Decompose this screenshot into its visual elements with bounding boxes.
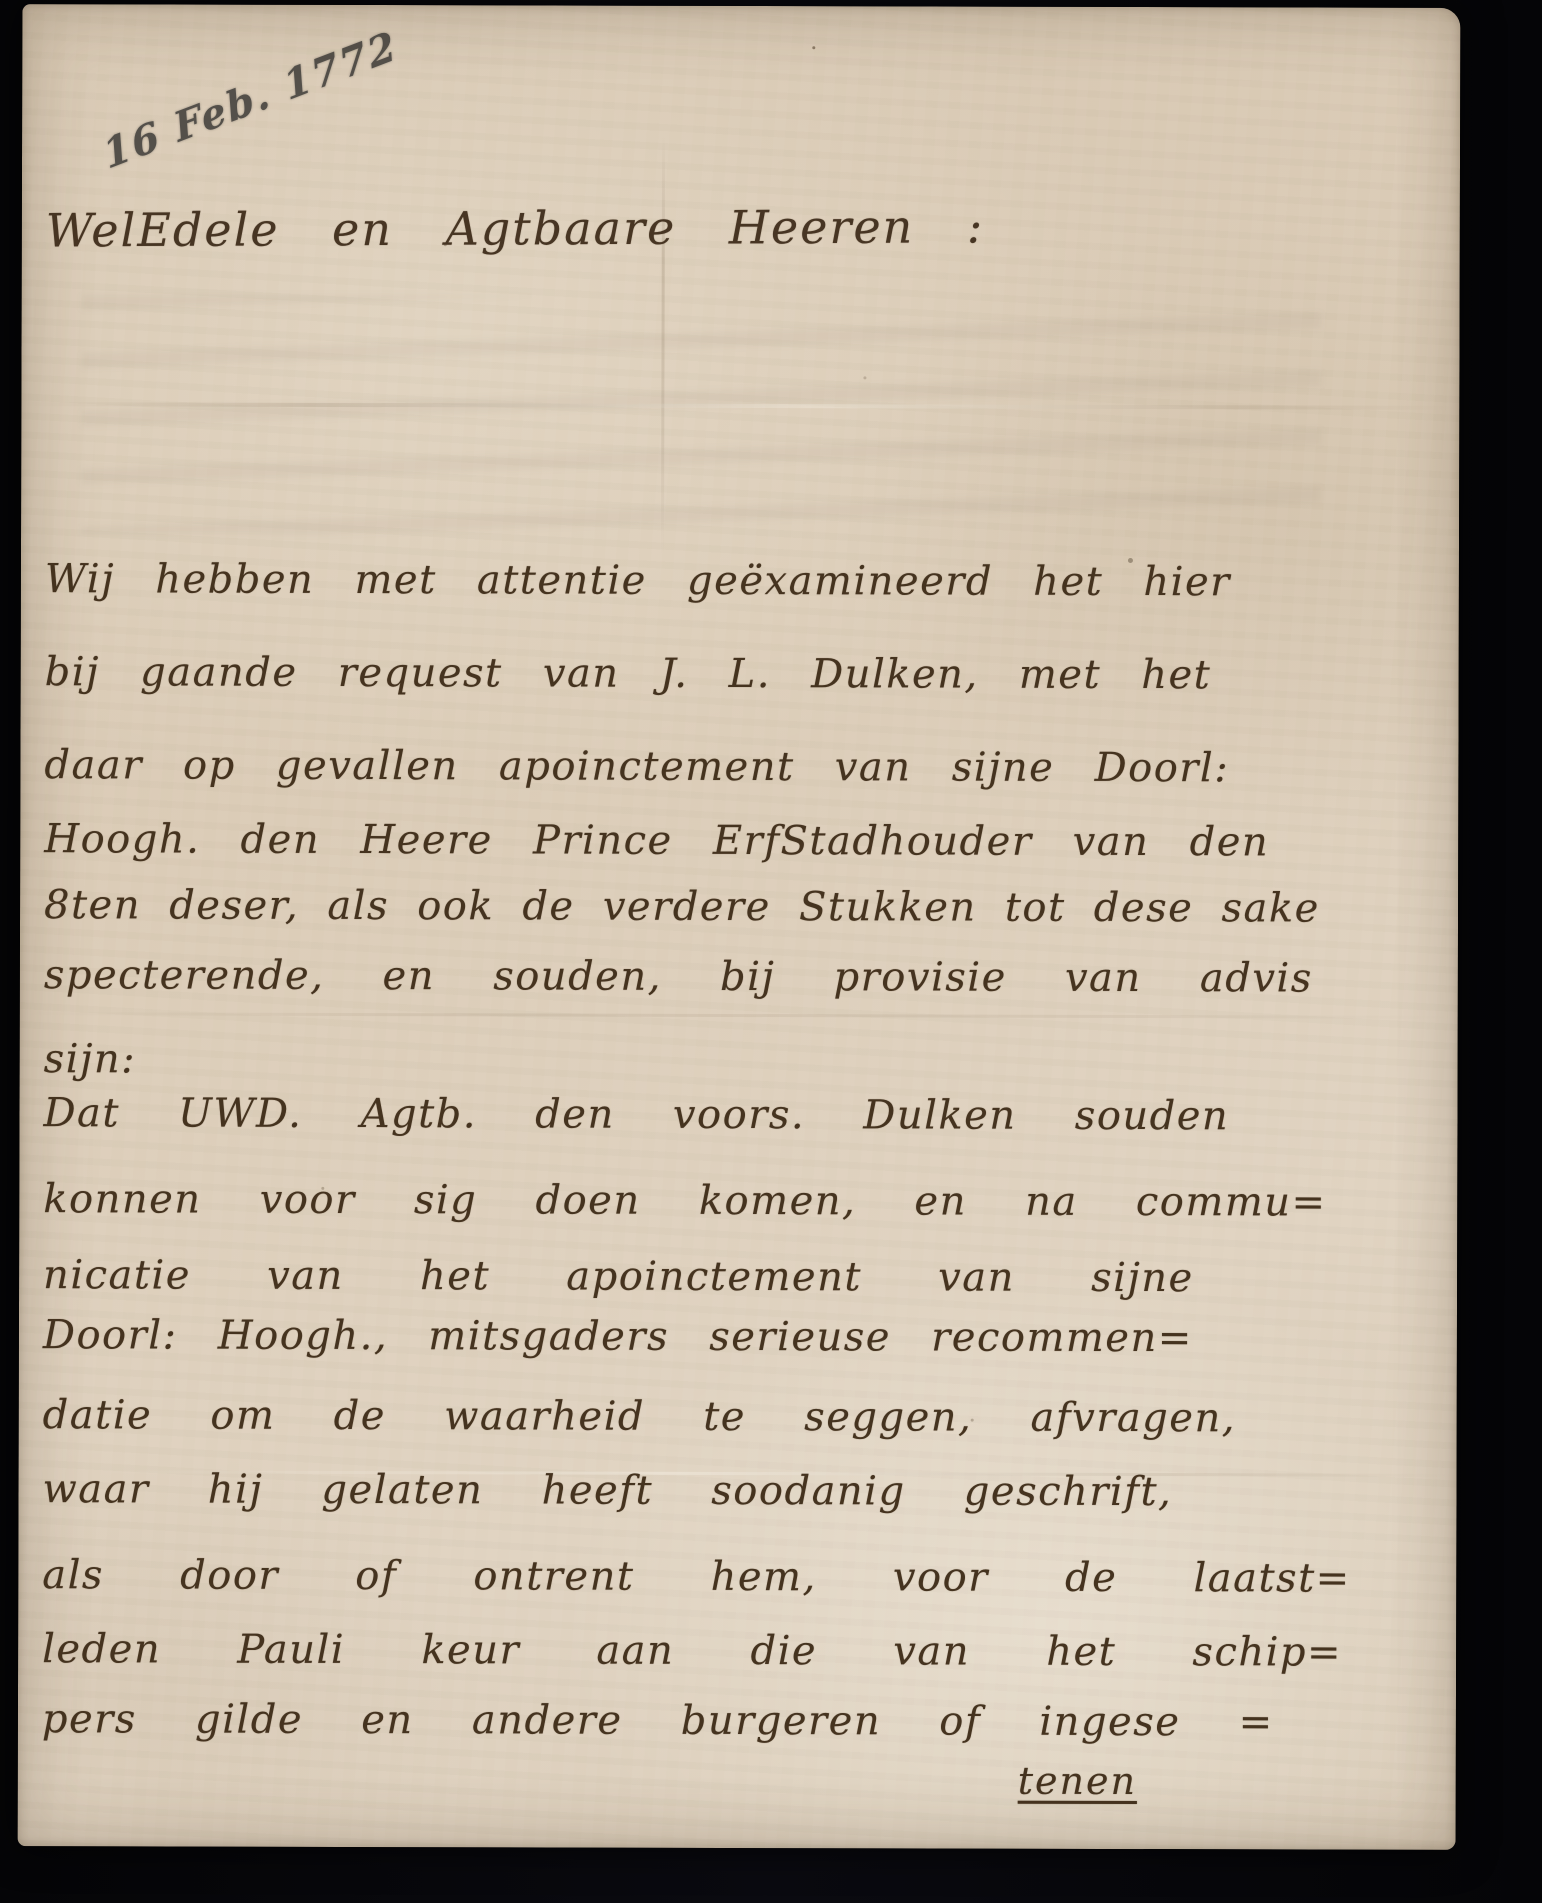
body-line-1: Wij hebben met attentie geëxamineerd het… bbox=[45, 556, 1231, 605]
body-line-15: leden Pauli keur aan die van het schip= bbox=[42, 1626, 1342, 1675]
archival-date-annotation: 16 Feb. 1772 bbox=[98, 22, 402, 179]
vertical-fold-crease bbox=[661, 136, 665, 556]
body-line-3: daar op gevallen apoinctement van sijne … bbox=[44, 742, 1229, 791]
body-line-8: Dat UWD. Agtb. den voors. Dulken souden bbox=[43, 1090, 1229, 1139]
letter-paper: 16 Feb. 1772 WelEdele en Agtbaare Heeren… bbox=[18, 4, 1461, 1850]
ink-showthrough bbox=[81, 294, 1322, 537]
letter-scan: 16 Feb. 1772 WelEdele en Agtbaare Heeren… bbox=[0, 0, 1542, 1903]
body-line-13: waar hij gelaten heeft soodanig geschrif… bbox=[42, 1466, 1172, 1515]
body-line-14: als door of ontrent hem, voor de laatst= bbox=[42, 1552, 1351, 1601]
body-line-4: Hoogh. den Heere Prince ErfStadhouder va… bbox=[44, 816, 1269, 865]
horizontal-fold-crease-top bbox=[21, 402, 1459, 410]
body-line-9: konnen voor sig doen komen, en na commu= bbox=[43, 1176, 1326, 1225]
body-line-12: datie om de waarheid te seggen, afvragen… bbox=[43, 1392, 1236, 1441]
body-line-2: bij gaande request van J. L. Dulken, met… bbox=[45, 649, 1212, 698]
body-line-16: pers gilde en andere burgeren of ingese … bbox=[42, 1696, 1274, 1745]
body-line-6: specterende, en souden, bij provisie van… bbox=[44, 952, 1313, 1001]
body-line-10: nicatie van het apoinctement van sijne bbox=[43, 1252, 1194, 1301]
body-line-5: 8ten deser, als ook de verdere Stukken t… bbox=[44, 882, 1320, 931]
body-line-11: Doorl: Hoogh., mitsgaders serieuse recom… bbox=[43, 1312, 1193, 1361]
paper-specks bbox=[812, 46, 815, 49]
body-line-7: sijn: bbox=[44, 1036, 137, 1082]
catchword: tenen bbox=[1018, 1759, 1137, 1803]
salutation-line: WelEdele en Agtbaare Heeren : bbox=[46, 199, 985, 257]
horizontal-fold-crease-middle bbox=[20, 1012, 1458, 1019]
